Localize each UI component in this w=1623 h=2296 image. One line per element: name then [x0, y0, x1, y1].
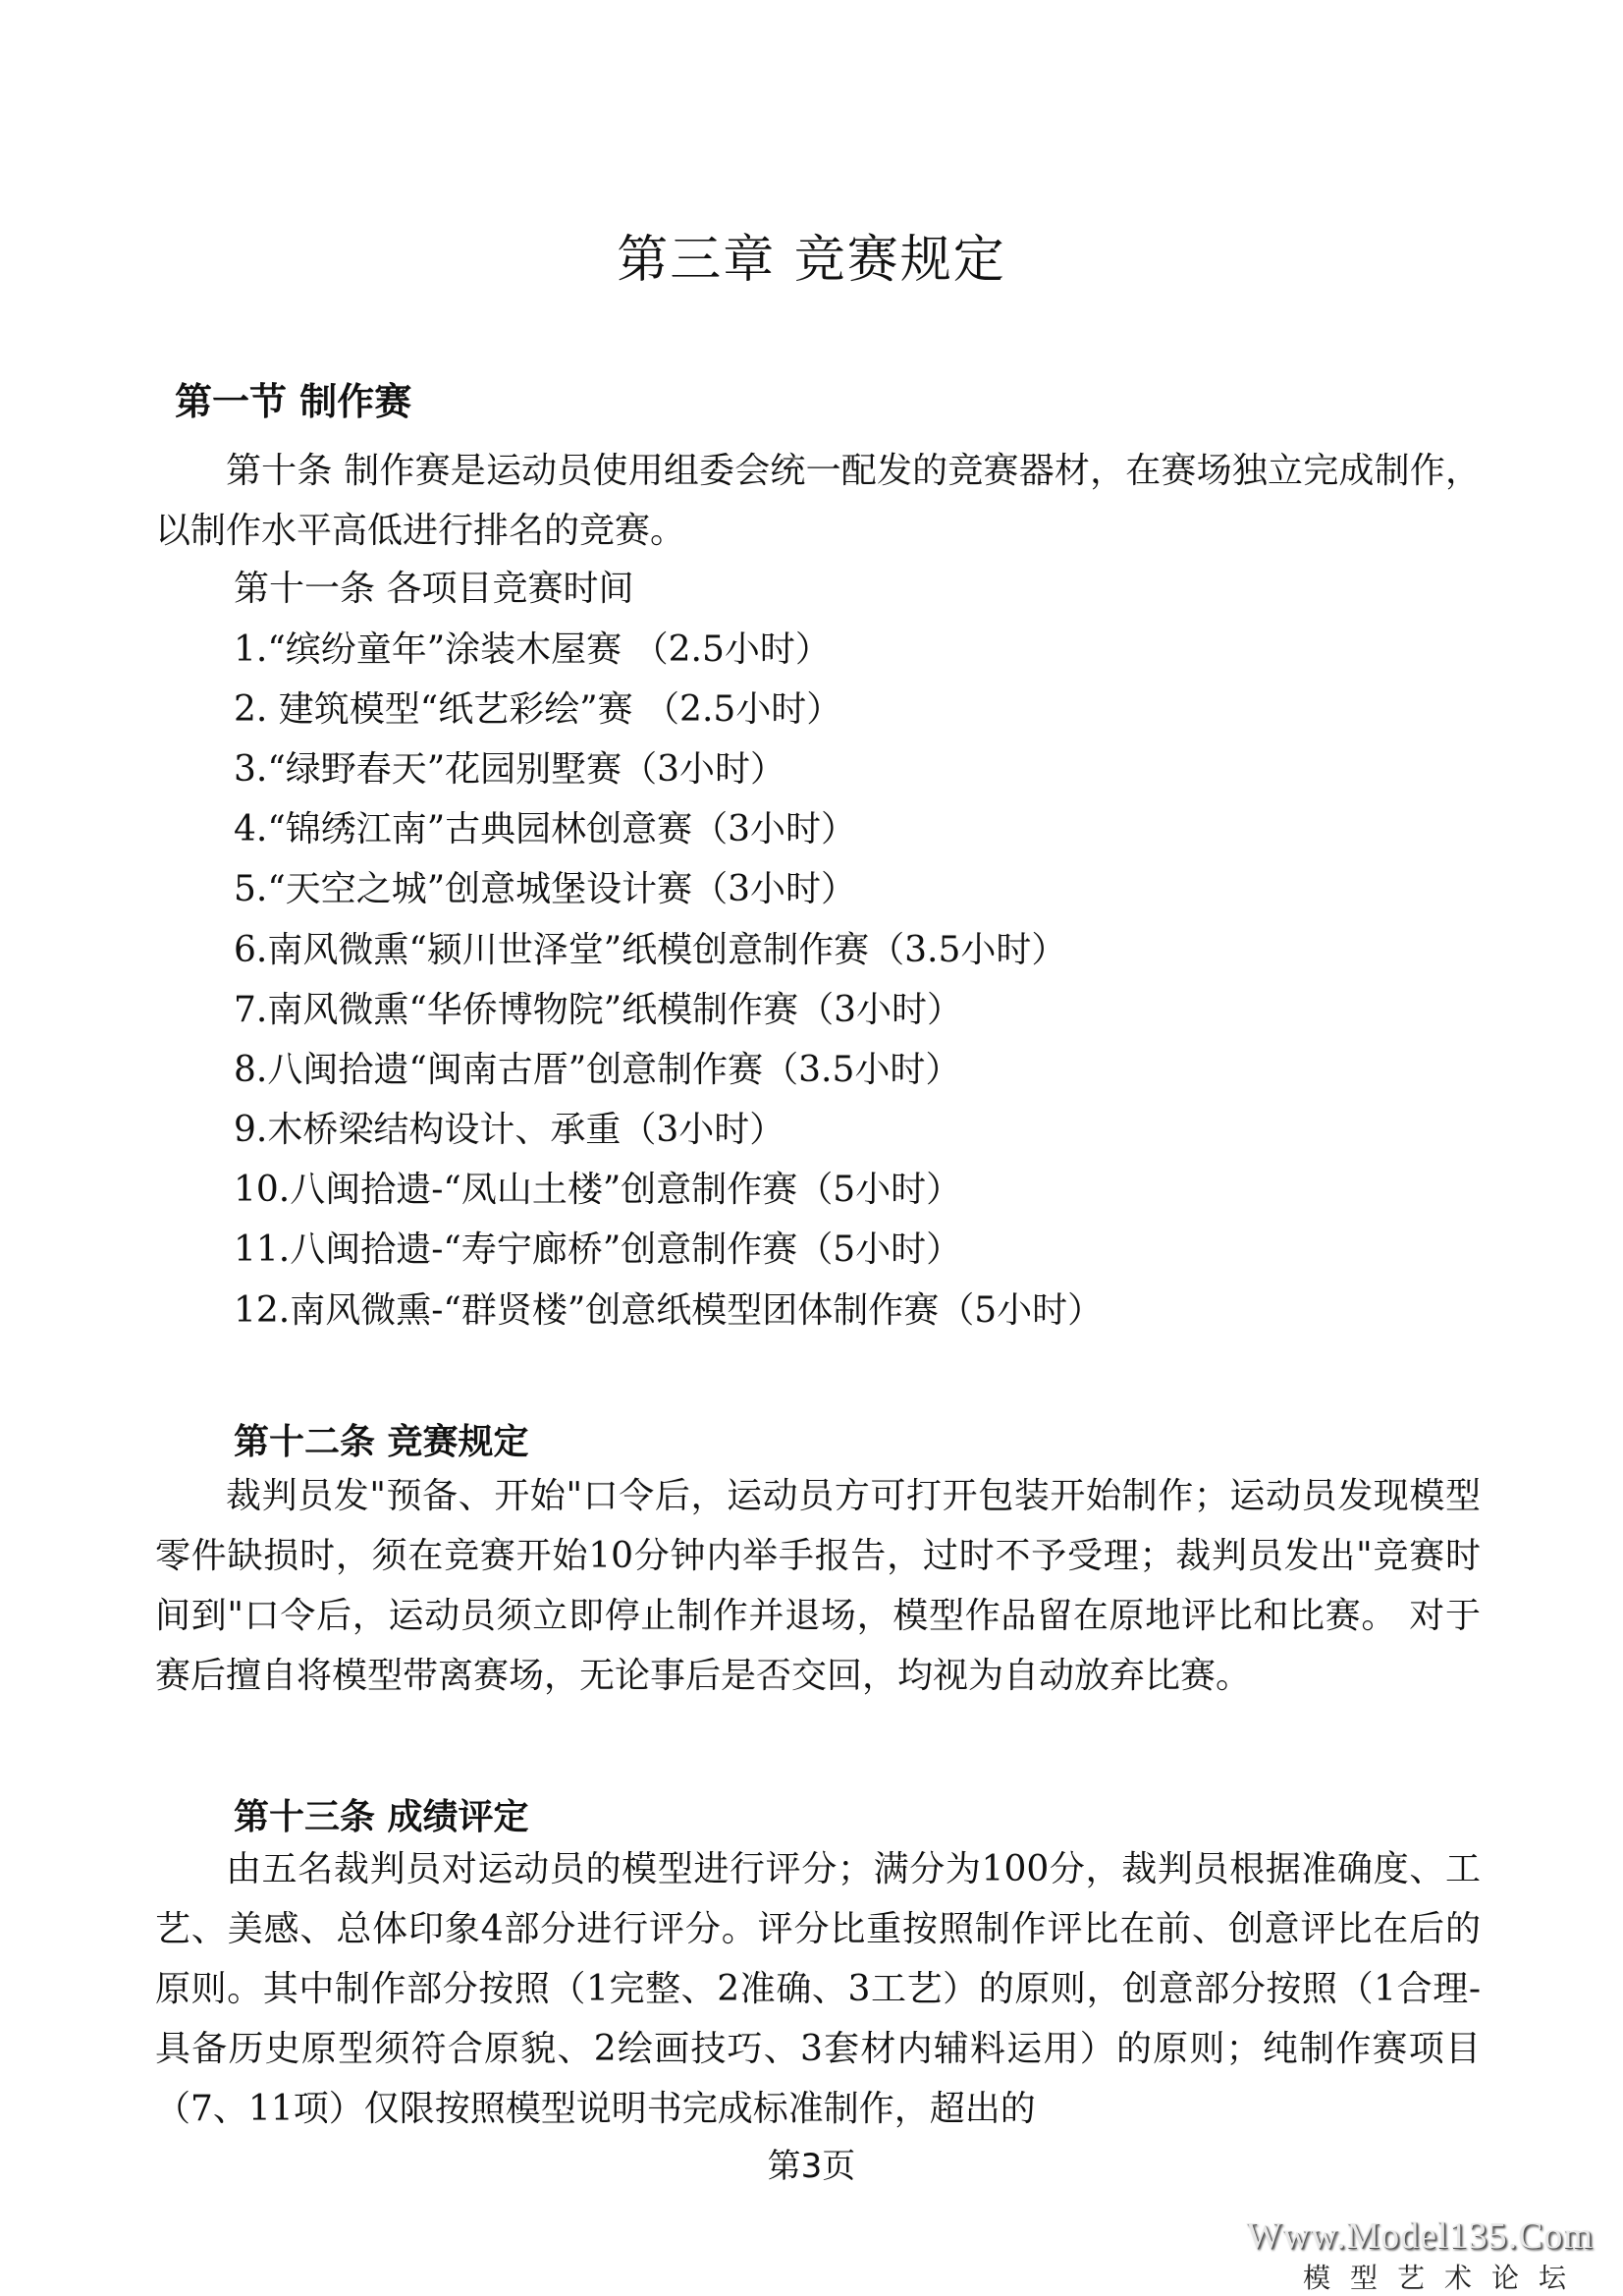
- list-item: 11.八闽拾遗-“寿宁廊桥”创意制作赛（5小时）: [234, 1229, 961, 1272]
- section-title: 第一节 制作赛: [175, 371, 411, 425]
- document-page: 第三章 竞赛规定 第一节 制作赛 第十条 制作赛是运动员使用组委会统一配发的竞赛…: [0, 0, 1623, 2296]
- list-item: 5.“天空之城”创意城堡设计赛（3小时）: [234, 868, 856, 911]
- article-12-paragraph: 裁判员发"预备、开始"口令后，运动员方可打开包装开始制作；运动员发现模型零件缺损…: [155, 1466, 1481, 1706]
- watermark-name: 模型艺术论坛: [1303, 2257, 1586, 2296]
- list-item: 12.南风微熏-“群贤楼”创意纸模型团体制作赛（5小时）: [234, 1289, 1103, 1333]
- watermark-url: Www.Model135.Com: [1247, 2214, 1594, 2258]
- article-13-heading: 第十三条 成绩评定: [234, 1789, 529, 1839]
- article-12-heading: 第十二条 竞赛规定: [234, 1414, 529, 1464]
- list-item: 10.八闽拾遗-“凤山土楼”创意制作赛（5小时）: [234, 1169, 961, 1212]
- list-item: 9.木桥梁结构设计、承重（3小时）: [234, 1109, 784, 1152]
- list-item: 4.“锦绣江南”古典园林创意赛（3小时）: [234, 808, 856, 851]
- article-10-paragraph: 第十条 制作赛是运动员使用组委会统一配发的竞赛器材，在赛场独立完成制作，以制作水…: [155, 441, 1481, 561]
- article-11-heading: 第十一条 各项目竞赛时间: [234, 568, 633, 611]
- list-item: 6.南风微熏“颍川世泽堂”纸模创意制作赛（3.5小时）: [234, 929, 1066, 972]
- list-item: 2. 建筑模型“纸艺彩绘”赛 （2.5小时）: [234, 688, 841, 732]
- chapter-title: 第三章 竞赛规定: [0, 218, 1623, 292]
- list-item: 3.“绿野春天”花园别墅赛（3小时）: [234, 748, 785, 792]
- list-item: 1.“缤纷童年”涂装木屋赛 （2.5小时）: [234, 629, 831, 672]
- article-13-paragraph: 由五名裁判员对运动员的模型进行评分；满分为100分，裁判员根据准确度、工艺、美感…: [155, 1839, 1481, 2139]
- list-item: 8.八闽拾遗“闽南古厝”创意制作赛（3.5小时）: [234, 1049, 960, 1092]
- list-item: 7.南风微熏“华侨博物院”纸模制作赛（3小时）: [234, 989, 962, 1032]
- page-number: 第3页: [0, 2139, 1623, 2187]
